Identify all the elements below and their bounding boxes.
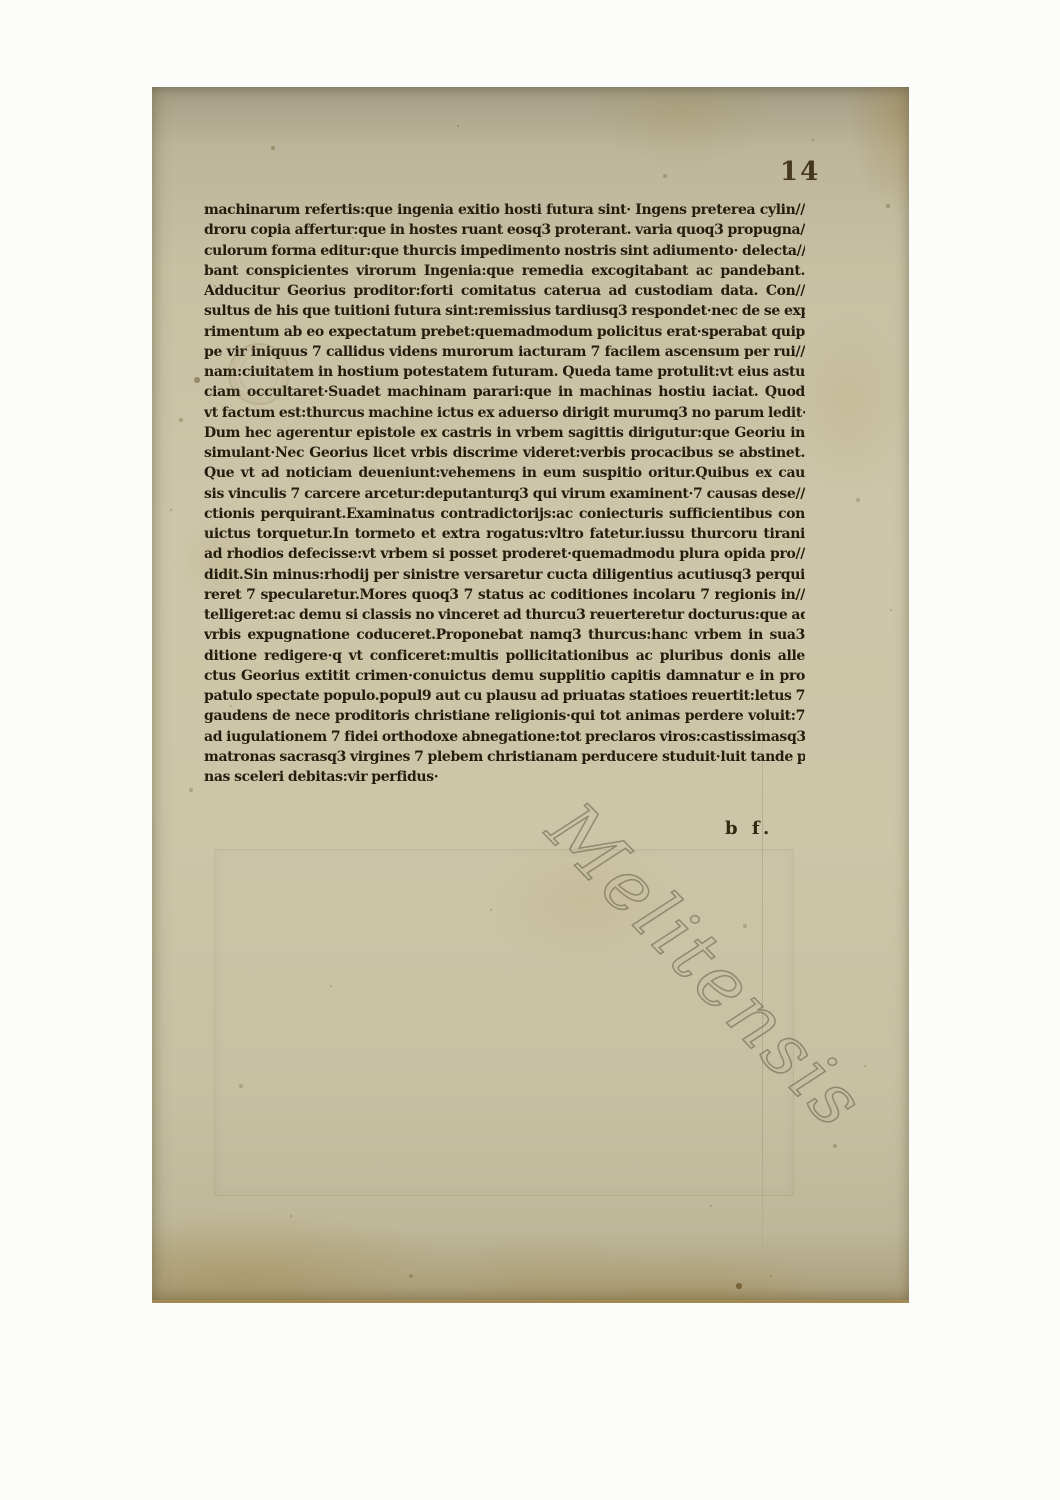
text-line: ctus Georius extitit crimen·conuictus de… (204, 666, 805, 686)
blind-stamp (228, 343, 290, 405)
text-line: telligeret:ac demu si classis no vincere… (204, 605, 805, 625)
text-line: patulo spectate populo.popul9 aut cu pla… (204, 686, 805, 706)
text-line: Que vt ad noticiam deueniunt:vehemens in… (204, 463, 805, 483)
text-line: sultus de his que tuitioni futura sint:r… (204, 301, 805, 321)
text-line: Adducitur Georius proditor:forti comitat… (204, 281, 805, 301)
text-line: droru copia affertur:que in hostes ruant… (204, 220, 805, 240)
text-line: uictus torquetur.In tormeto et extra rog… (204, 524, 805, 544)
verso-type-impression (214, 849, 794, 1196)
text-line: nam:ciuitatem in hostium potestatem futu… (204, 362, 805, 382)
text-line: machinarum refertis:que ingenia exitio h… (204, 200, 805, 220)
text-line: matronas sacrasq3 virgines 7 plebem chri… (204, 747, 805, 767)
text-line: sis vinculis 7 carcere arcetur:deputantu… (204, 484, 805, 504)
folio-number: 14 (780, 157, 820, 187)
text-line: ad iugulationem 7 fidei orthodoxe abnega… (204, 727, 805, 747)
scan-canvas: 14 machinarum refertis:que ingenia exiti… (0, 0, 1060, 1500)
text-line: pe vir iniquus 7 callidus videns murorum… (204, 342, 805, 362)
text-line: culorum forma editur:que thurcis impedim… (204, 241, 805, 261)
foxing-specks (152, 87, 154, 89)
text-line: didit.Sin minus:rhodij per sinistre vers… (204, 565, 805, 585)
text-line: ctionis perquirant.Examinatus contradict… (204, 504, 805, 524)
text-line: ciam occultaret·Suadet machinam parari:q… (204, 382, 805, 402)
text-line: bant conspicientes virorum Ingenia:que r… (204, 261, 805, 281)
text-line: ditione redigere·q vt conficeret:multis … (204, 646, 805, 666)
text-block: machinarum refertis:que ingenia exitio h… (204, 200, 805, 787)
text-line: Dum hec agerentur epistole ex castris in… (204, 423, 805, 443)
text-line: reret 7 specularetur.Mores quoq3 7 statu… (204, 585, 805, 605)
text-line: gaudens de nece proditoris christiane re… (204, 706, 805, 726)
signature-mark: b f. (725, 818, 773, 839)
text-line: vrbis expugnatione coduceret.Proponebat … (204, 625, 805, 645)
text-line: vt factum est:thurcus machine ictus ex a… (204, 403, 805, 423)
paper-crease (762, 647, 763, 1297)
text-line: rimentum ab eo expectatum prebet:quemadm… (204, 322, 805, 342)
book-page: 14 machinarum refertis:que ingenia exiti… (152, 87, 909, 1303)
text-line: nas sceleri debitas:vir perfidus· (204, 767, 805, 787)
text-line: simulant·Nec Georius licet vrbis discrim… (204, 443, 805, 463)
text-line: ad rhodios defecisse:vt vrbem si posset … (204, 544, 805, 564)
